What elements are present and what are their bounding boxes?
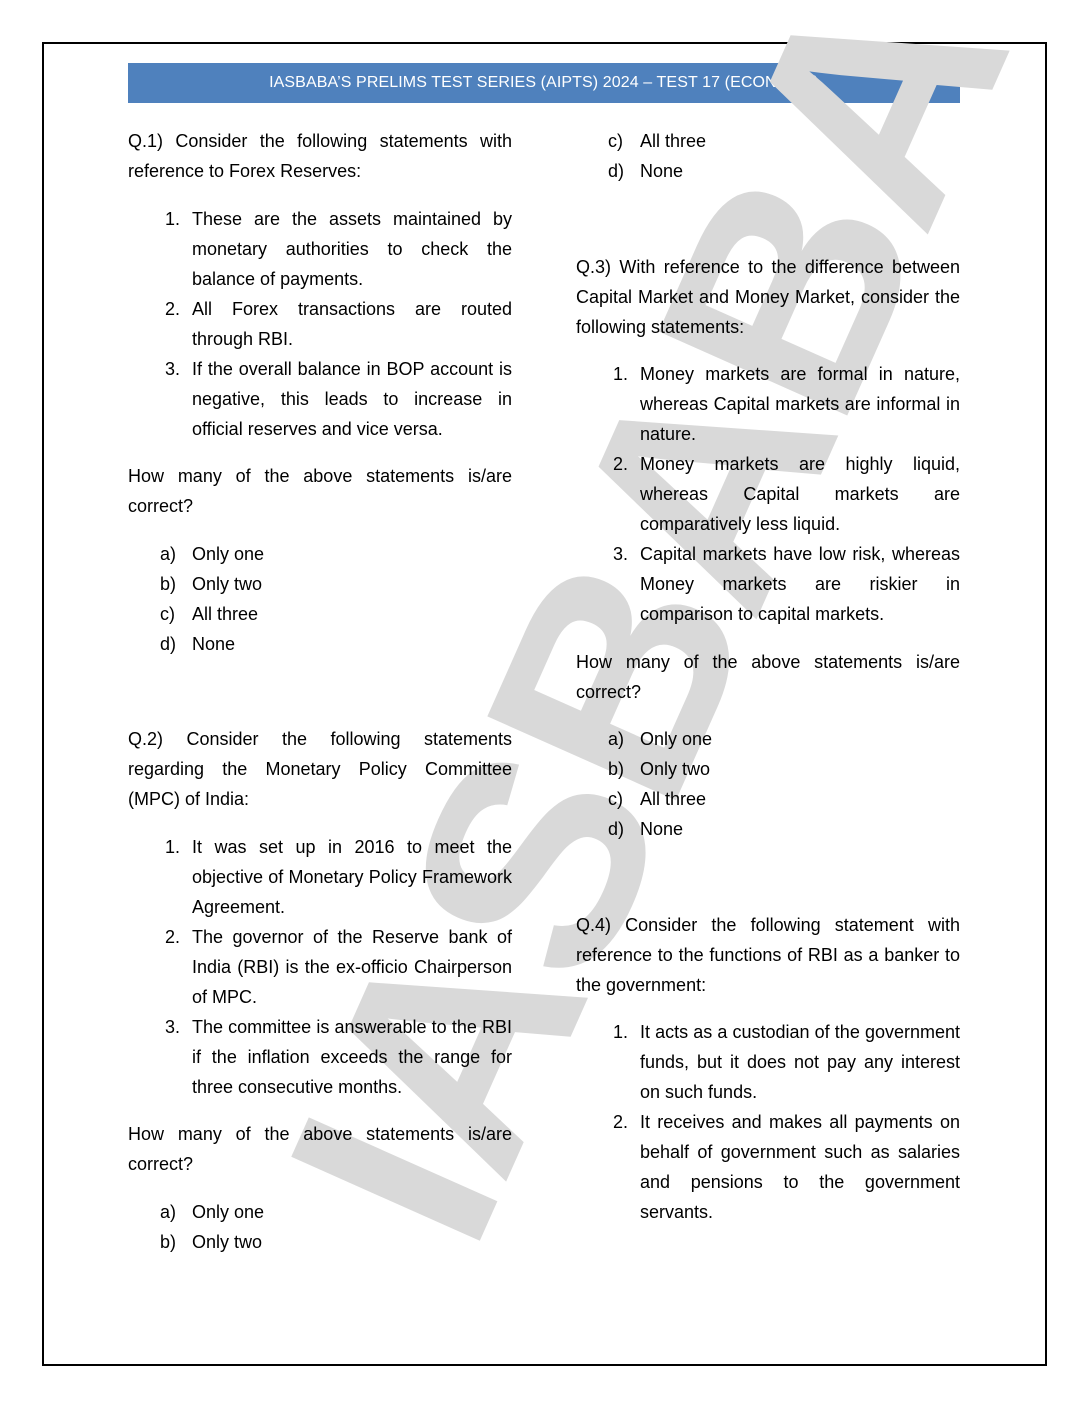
option-text: Only two [192, 1227, 262, 1257]
option-b[interactable]: b)Only two [576, 754, 960, 784]
option-label: b) [576, 754, 640, 784]
option-label: b) [128, 1227, 192, 1257]
question-2-statements: 1. It was set up in 2016 to meet the obj… [128, 832, 512, 1102]
statement-number: 3. [128, 1012, 192, 1102]
question-3-statements: 1. Money markets are formal in nature, w… [576, 359, 960, 629]
statement-number: 1. [128, 204, 192, 294]
option-d[interactable]: d)None [576, 814, 960, 844]
option-label: b) [128, 569, 192, 599]
statement-text: All Forex transactions are routed throug… [192, 294, 512, 354]
option-label: a) [128, 539, 192, 569]
question-2-options-continued: c)All three d)None [576, 126, 960, 186]
option-label: a) [576, 724, 640, 754]
statement-number: 1. [576, 1017, 640, 1107]
statement-item: 1. It was set up in 2016 to meet the obj… [128, 832, 512, 922]
statement-number: 2. [128, 922, 192, 1012]
statement-text: These are the assets maintained by monet… [192, 204, 512, 294]
statement-text: The committee is answerable to the RBI i… [192, 1012, 512, 1102]
statement-text: If the overall balance in BOP account is… [192, 354, 512, 444]
statement-number: 2. [128, 294, 192, 354]
question-stem: Q.4) Consider the following statement wi… [576, 910, 960, 1000]
question-3-stem: Q.3) With reference to the difference be… [576, 252, 960, 342]
question-2-prompt: How many of the above statements is/are … [128, 1119, 512, 1179]
option-label: c) [576, 126, 640, 156]
option-text: None [192, 629, 235, 659]
question-1-prompt: How many of the above statements is/are … [128, 461, 512, 521]
option-b[interactable]: b)Only two [128, 569, 512, 599]
question-stem: Q.1) Consider the following statements w… [128, 126, 512, 186]
option-text: Only one [640, 724, 712, 754]
question-3-prompt: How many of the above statements is/are … [576, 647, 960, 707]
statement-item: 2. Money markets are highly liquid, wher… [576, 449, 960, 539]
question-3-options: a)Only one b)Only two c)All three d)None [576, 724, 960, 844]
option-text: All three [192, 599, 258, 629]
statement-item: 2. It receives and makes all payments on… [576, 1107, 960, 1227]
statement-text: Capital markets have low risk, whereas M… [640, 539, 960, 629]
statement-number: 2. [576, 1107, 640, 1227]
statement-item: 3. If the overall balance in BOP account… [128, 354, 512, 444]
option-text: All three [640, 784, 706, 814]
option-text: None [640, 156, 683, 186]
statement-text: It receives and makes all payments on be… [640, 1107, 960, 1227]
option-text: Only two [192, 569, 262, 599]
question-4-stem: Q.4) Consider the following statement wi… [576, 910, 960, 1000]
option-b[interactable]: b)Only two [128, 1227, 512, 1257]
statement-item: 2. The governor of the Reserve bank of I… [128, 922, 512, 1012]
statement-item: 1. Money markets are formal in nature, w… [576, 359, 960, 449]
option-a[interactable]: a)Only one [128, 539, 512, 569]
option-text: All three [640, 126, 706, 156]
question-1-options: a)Only one b)Only two c)All three d)None [128, 539, 512, 659]
option-a[interactable]: a)Only one [128, 1197, 512, 1227]
option-c[interactable]: c)All three [576, 784, 960, 814]
statement-item: 2. All Forex transactions are routed thr… [128, 294, 512, 354]
option-label: c) [576, 784, 640, 814]
question-4-statements: 1. It acts as a custodian of the governm… [576, 1017, 960, 1227]
option-label: d) [576, 156, 640, 186]
question-1-statements: 1. These are the assets maintained by mo… [128, 204, 512, 444]
question-prompt: How many of the above statements is/are … [128, 1119, 512, 1179]
statement-text: The governor of the Reserve bank of Indi… [192, 922, 512, 1012]
statement-text: It acts as a custodian of the government… [640, 1017, 960, 1107]
statement-item: 1. These are the assets maintained by mo… [128, 204, 512, 294]
statement-text: It was set up in 2016 to meet the object… [192, 832, 512, 922]
option-a[interactable]: a)Only one [576, 724, 960, 754]
option-c[interactable]: c)All three [576, 126, 960, 156]
statement-number: 2. [576, 449, 640, 539]
option-text: Only two [640, 754, 710, 784]
option-label: d) [128, 629, 192, 659]
question-1-stem: Q.1) Consider the following statements w… [128, 126, 512, 186]
statement-number: 1. [128, 832, 192, 922]
statement-number: 3. [128, 354, 192, 444]
option-c[interactable]: c)All three [128, 599, 512, 629]
question-prompt: How many of the above statements is/are … [128, 461, 512, 521]
option-text: None [640, 814, 683, 844]
statement-item: 3. The committee is answerable to the RB… [128, 1012, 512, 1102]
option-d[interactable]: d)None [576, 156, 960, 186]
statement-text: Money markets are formal in nature, wher… [640, 359, 960, 449]
question-2-stem: Q.2) Consider the following statements r… [128, 724, 512, 814]
option-text: Only one [192, 539, 264, 569]
statement-item: 3. Capital markets have low risk, wherea… [576, 539, 960, 629]
option-label: c) [128, 599, 192, 629]
question-stem: Q.3) With reference to the difference be… [576, 252, 960, 342]
option-label: d) [576, 814, 640, 844]
option-label: a) [128, 1197, 192, 1227]
statement-text: Money markets are highly liquid, whereas… [640, 449, 960, 539]
statement-item: 1. It acts as a custodian of the governm… [576, 1017, 960, 1107]
question-prompt: How many of the above statements is/are … [576, 647, 960, 707]
option-text: Only one [192, 1197, 264, 1227]
question-stem: Q.2) Consider the following statements r… [128, 724, 512, 814]
option-d[interactable]: d)None [128, 629, 512, 659]
statement-number: 1. [576, 359, 640, 449]
question-2-options: a)Only one b)Only two [128, 1197, 512, 1257]
statement-number: 3. [576, 539, 640, 629]
